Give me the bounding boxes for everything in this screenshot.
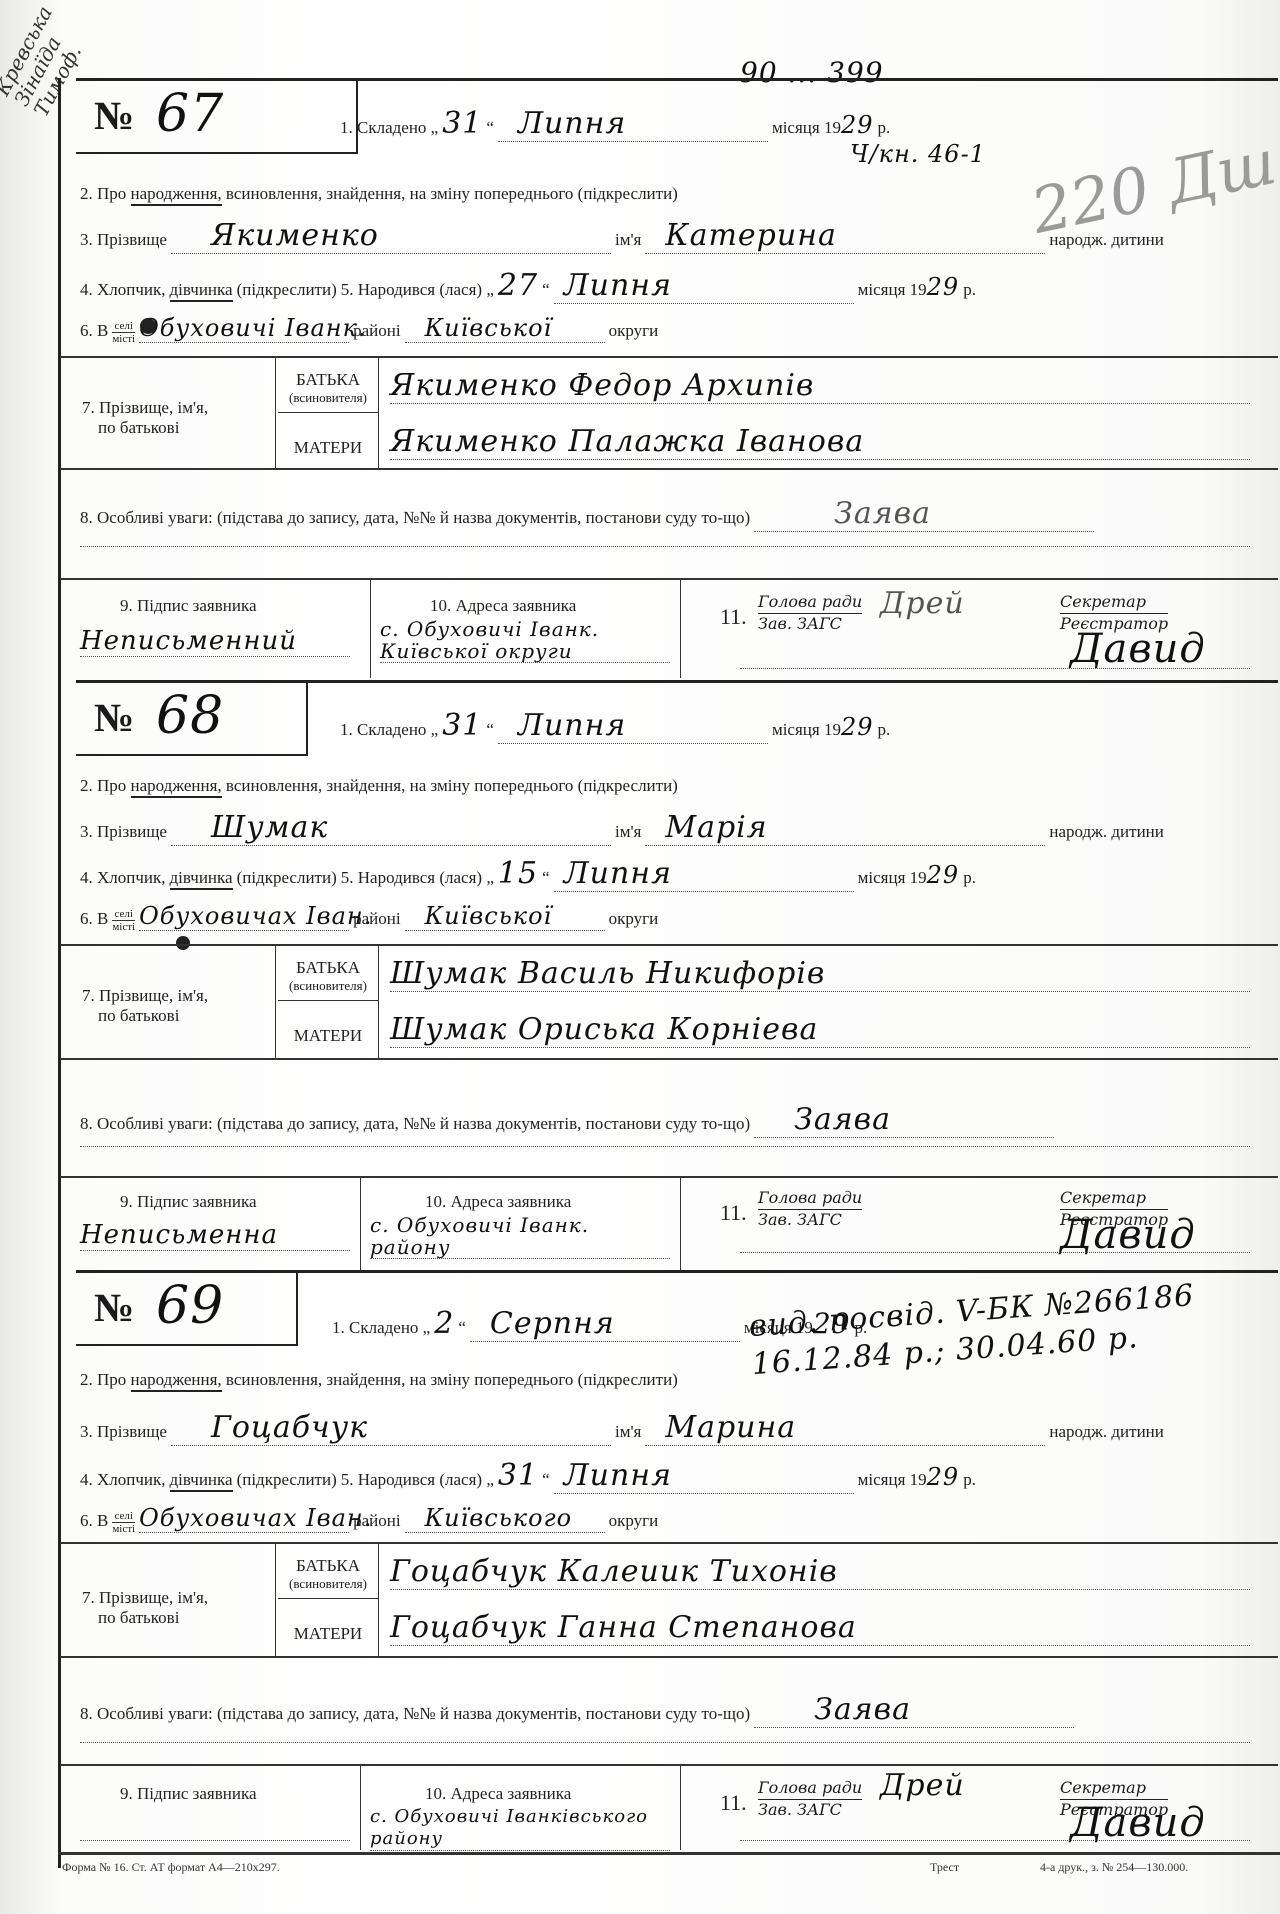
surname-row: 3. Прізвище Гоцабчук ім'я Марина народж.… xyxy=(80,1410,1278,1446)
compiled-year: 29 xyxy=(841,111,874,139)
child-name: Марія xyxy=(645,810,1045,846)
sex-girl: дівчинка xyxy=(170,1470,233,1492)
applicant-address: с. Обуховичі Іванк. Київської округи xyxy=(380,618,670,663)
entry-annotation: Ч/кн. 46-1 xyxy=(850,140,986,168)
record-type-birth: народження, xyxy=(131,184,222,206)
form-footer-center: Трест xyxy=(930,1860,959,1875)
applicant-address: с. Обуховичі Іванк. району xyxy=(370,1214,670,1259)
notes-value: Заява xyxy=(754,496,1094,532)
birth-month: Липня xyxy=(554,856,854,892)
notes-value: Заява xyxy=(754,1692,1074,1728)
notes-row: 8. Особливі уваги: (підстава до запису, … xyxy=(80,1692,1278,1728)
applicant-signature xyxy=(80,1840,350,1841)
birth-year: 29 xyxy=(927,1463,960,1491)
applicant-signature: Неписьменний xyxy=(80,626,350,657)
sex-birth-row: 4. Хлопчик, дівчинка (підкреслити) 5. На… xyxy=(80,1458,1278,1494)
applicant-signature-label: 9. Підпис заявника xyxy=(120,1192,257,1212)
father-label: БАТЬКА (всиновителя) xyxy=(278,1556,378,1592)
record-type-row: 2. Про народження, всиновлення, знайденн… xyxy=(80,184,1278,204)
father-label: БАТЬКА (всиновителя) xyxy=(278,958,378,994)
birth-month: Липня xyxy=(554,268,854,304)
compiled-month: Липня xyxy=(498,708,768,744)
entry-68: № 68 1. Складено „ 31 “ Липня місяця 192… xyxy=(60,680,1278,1270)
registrar-signature: Давид xyxy=(1070,626,1206,672)
birth-district: Київської xyxy=(405,902,605,931)
form-footer-right: 4-а друк., з. № 254—130.000. xyxy=(1040,1860,1188,1875)
child-name: Катерина xyxy=(645,218,1045,254)
entry-67: № 67 1. Складено „ 31 “ Липня місяця 192… xyxy=(60,78,1278,678)
mother-label: МАТЕРИ xyxy=(278,1624,378,1644)
birth-village: Обуховичі Іванк. xyxy=(139,314,349,343)
birth-year: 29 xyxy=(927,861,960,889)
entry-69: № 69 1. Складено „ 2 “ Серпня місяця 192… xyxy=(60,1270,1278,1850)
notes-row: 8. Особливі уваги: (підстава до запису, … xyxy=(80,496,1278,532)
birth-day: 27 xyxy=(498,268,538,303)
number-sign: № xyxy=(94,1284,134,1331)
number-sign: № xyxy=(94,92,134,139)
place-row: 6. В селімісті Обуховичах Іван. районі К… xyxy=(80,902,1278,933)
birth-district: Київського xyxy=(405,1504,605,1533)
document-page: Кревська Зінаїда Тимоф. 90 ... 399 220 Д… xyxy=(0,0,1280,1914)
form-footer-left: Форма № 16. Ст. АТ формат А4—210x297. xyxy=(62,1860,280,1875)
mother-name: Гоцабчук Ганна Степанова xyxy=(390,1610,1250,1646)
compiled-year: 29 xyxy=(841,713,874,741)
compiled-day: 31 xyxy=(442,708,482,743)
mother-label: МАТЕРИ xyxy=(278,1026,378,1046)
compiled-row: 1. Складено „ 31 “ Липня місяця 1929 р. xyxy=(340,708,1278,744)
place-row: 6. В селімісті Обуховичі Іванк. районі К… xyxy=(80,314,1278,345)
mother-label: МАТЕРИ xyxy=(278,438,378,458)
notes-value: Заява xyxy=(754,1102,1054,1138)
entry-number: 68 xyxy=(156,686,224,746)
birth-year: 29 xyxy=(927,273,960,301)
birth-village: Обуховичах Іван. xyxy=(139,1504,349,1533)
entry-number: 69 xyxy=(156,1276,224,1336)
sex-birth-row: 4. Хлопчик, дівчинка (підкреслити) 5. На… xyxy=(80,268,1278,304)
number-sign: № xyxy=(94,694,134,741)
sex-girl: дівчинка xyxy=(170,868,233,890)
birth-district: Київської xyxy=(405,314,605,343)
father-label: БАТЬКА (всиновителя) xyxy=(278,370,378,406)
head-signature: Дрей xyxy=(880,1768,965,1803)
sex-birth-row: 4. Хлопчик, дівчинка (підкреслити) 5. На… xyxy=(80,856,1278,892)
surname-row: 3. Прізвище Якименко ім'я Катерина народ… xyxy=(80,218,1278,254)
father-name: Шумак Василь Никифорів xyxy=(390,956,1250,992)
entry-number: 67 xyxy=(156,84,224,144)
child-surname: Шумак xyxy=(171,810,611,846)
applicant-address: с. Обуховичі Іванківського району xyxy=(370,1806,670,1851)
record-type-row: 2. Про народження, всиновлення, знайденн… xyxy=(80,776,1278,796)
father-name: Гоцабчук Калеиик Тихонів xyxy=(390,1554,1250,1590)
applicant-address-label: 10. Адреса заявника xyxy=(430,596,576,616)
entry-annotation: вид. посвід. V-БК №266186 16.12.84 р.; 3… xyxy=(748,1272,1272,1384)
child-surname: Якименко xyxy=(171,218,611,254)
applicant-address-label: 10. Адреса заявника xyxy=(425,1784,571,1804)
father-name: Якименко Федор Архипів xyxy=(390,368,1250,404)
head-label: Голова ради Зав. ЗАГС xyxy=(758,592,862,634)
head-label: Голова ради Зав. ЗАГС xyxy=(758,1778,862,1820)
sex-girl: дівчинка xyxy=(170,280,233,302)
compiled-row: 1. Складено „ 31 “ Липня місяця 1929 р. xyxy=(340,106,1278,142)
child-name: Марина xyxy=(645,1410,1045,1446)
applicant-signature-label: 9. Підпис заявника xyxy=(120,596,257,616)
place-row: 6. В селімісті Обуховичах Іван. районі К… xyxy=(80,1504,1278,1535)
record-type-birth: народження, xyxy=(131,776,222,798)
surname-row: 3. Прізвище Шумак ім'я Марія народж. дит… xyxy=(80,810,1278,846)
birth-month: Липня xyxy=(554,1458,854,1494)
head-signature: Дрей xyxy=(880,586,965,621)
mother-name: Якименко Палажка Іванова xyxy=(390,424,1250,460)
applicant-address-label: 10. Адреса заявника xyxy=(425,1192,571,1212)
record-type-row: 2. Про народження, всиновлення, знайденн… xyxy=(80,1370,1278,1390)
compiled-month: Липня xyxy=(498,106,768,142)
birth-village: Обуховичах Іван. xyxy=(139,902,349,931)
applicant-signature: Неписьменна xyxy=(80,1220,350,1251)
birth-day: 31 xyxy=(498,1458,538,1493)
notes-row: 8. Особливі уваги: (підстава до запису, … xyxy=(80,1102,1278,1138)
mother-name: Шумак Ориська Корніева xyxy=(390,1012,1250,1048)
head-label: Голова ради Зав. ЗАГС xyxy=(758,1188,862,1230)
compiled-month: Серпня xyxy=(470,1306,740,1342)
record-type-birth: народження, xyxy=(131,1370,222,1392)
compiled-day: 31 xyxy=(442,106,482,141)
compiled-day: 2 xyxy=(434,1306,454,1341)
birth-day: 15 xyxy=(498,856,538,891)
child-surname: Гоцабчук xyxy=(171,1410,611,1446)
applicant-signature-label: 9. Підпис заявника xyxy=(120,1784,257,1804)
entry-number-box: № 67 xyxy=(76,78,358,154)
